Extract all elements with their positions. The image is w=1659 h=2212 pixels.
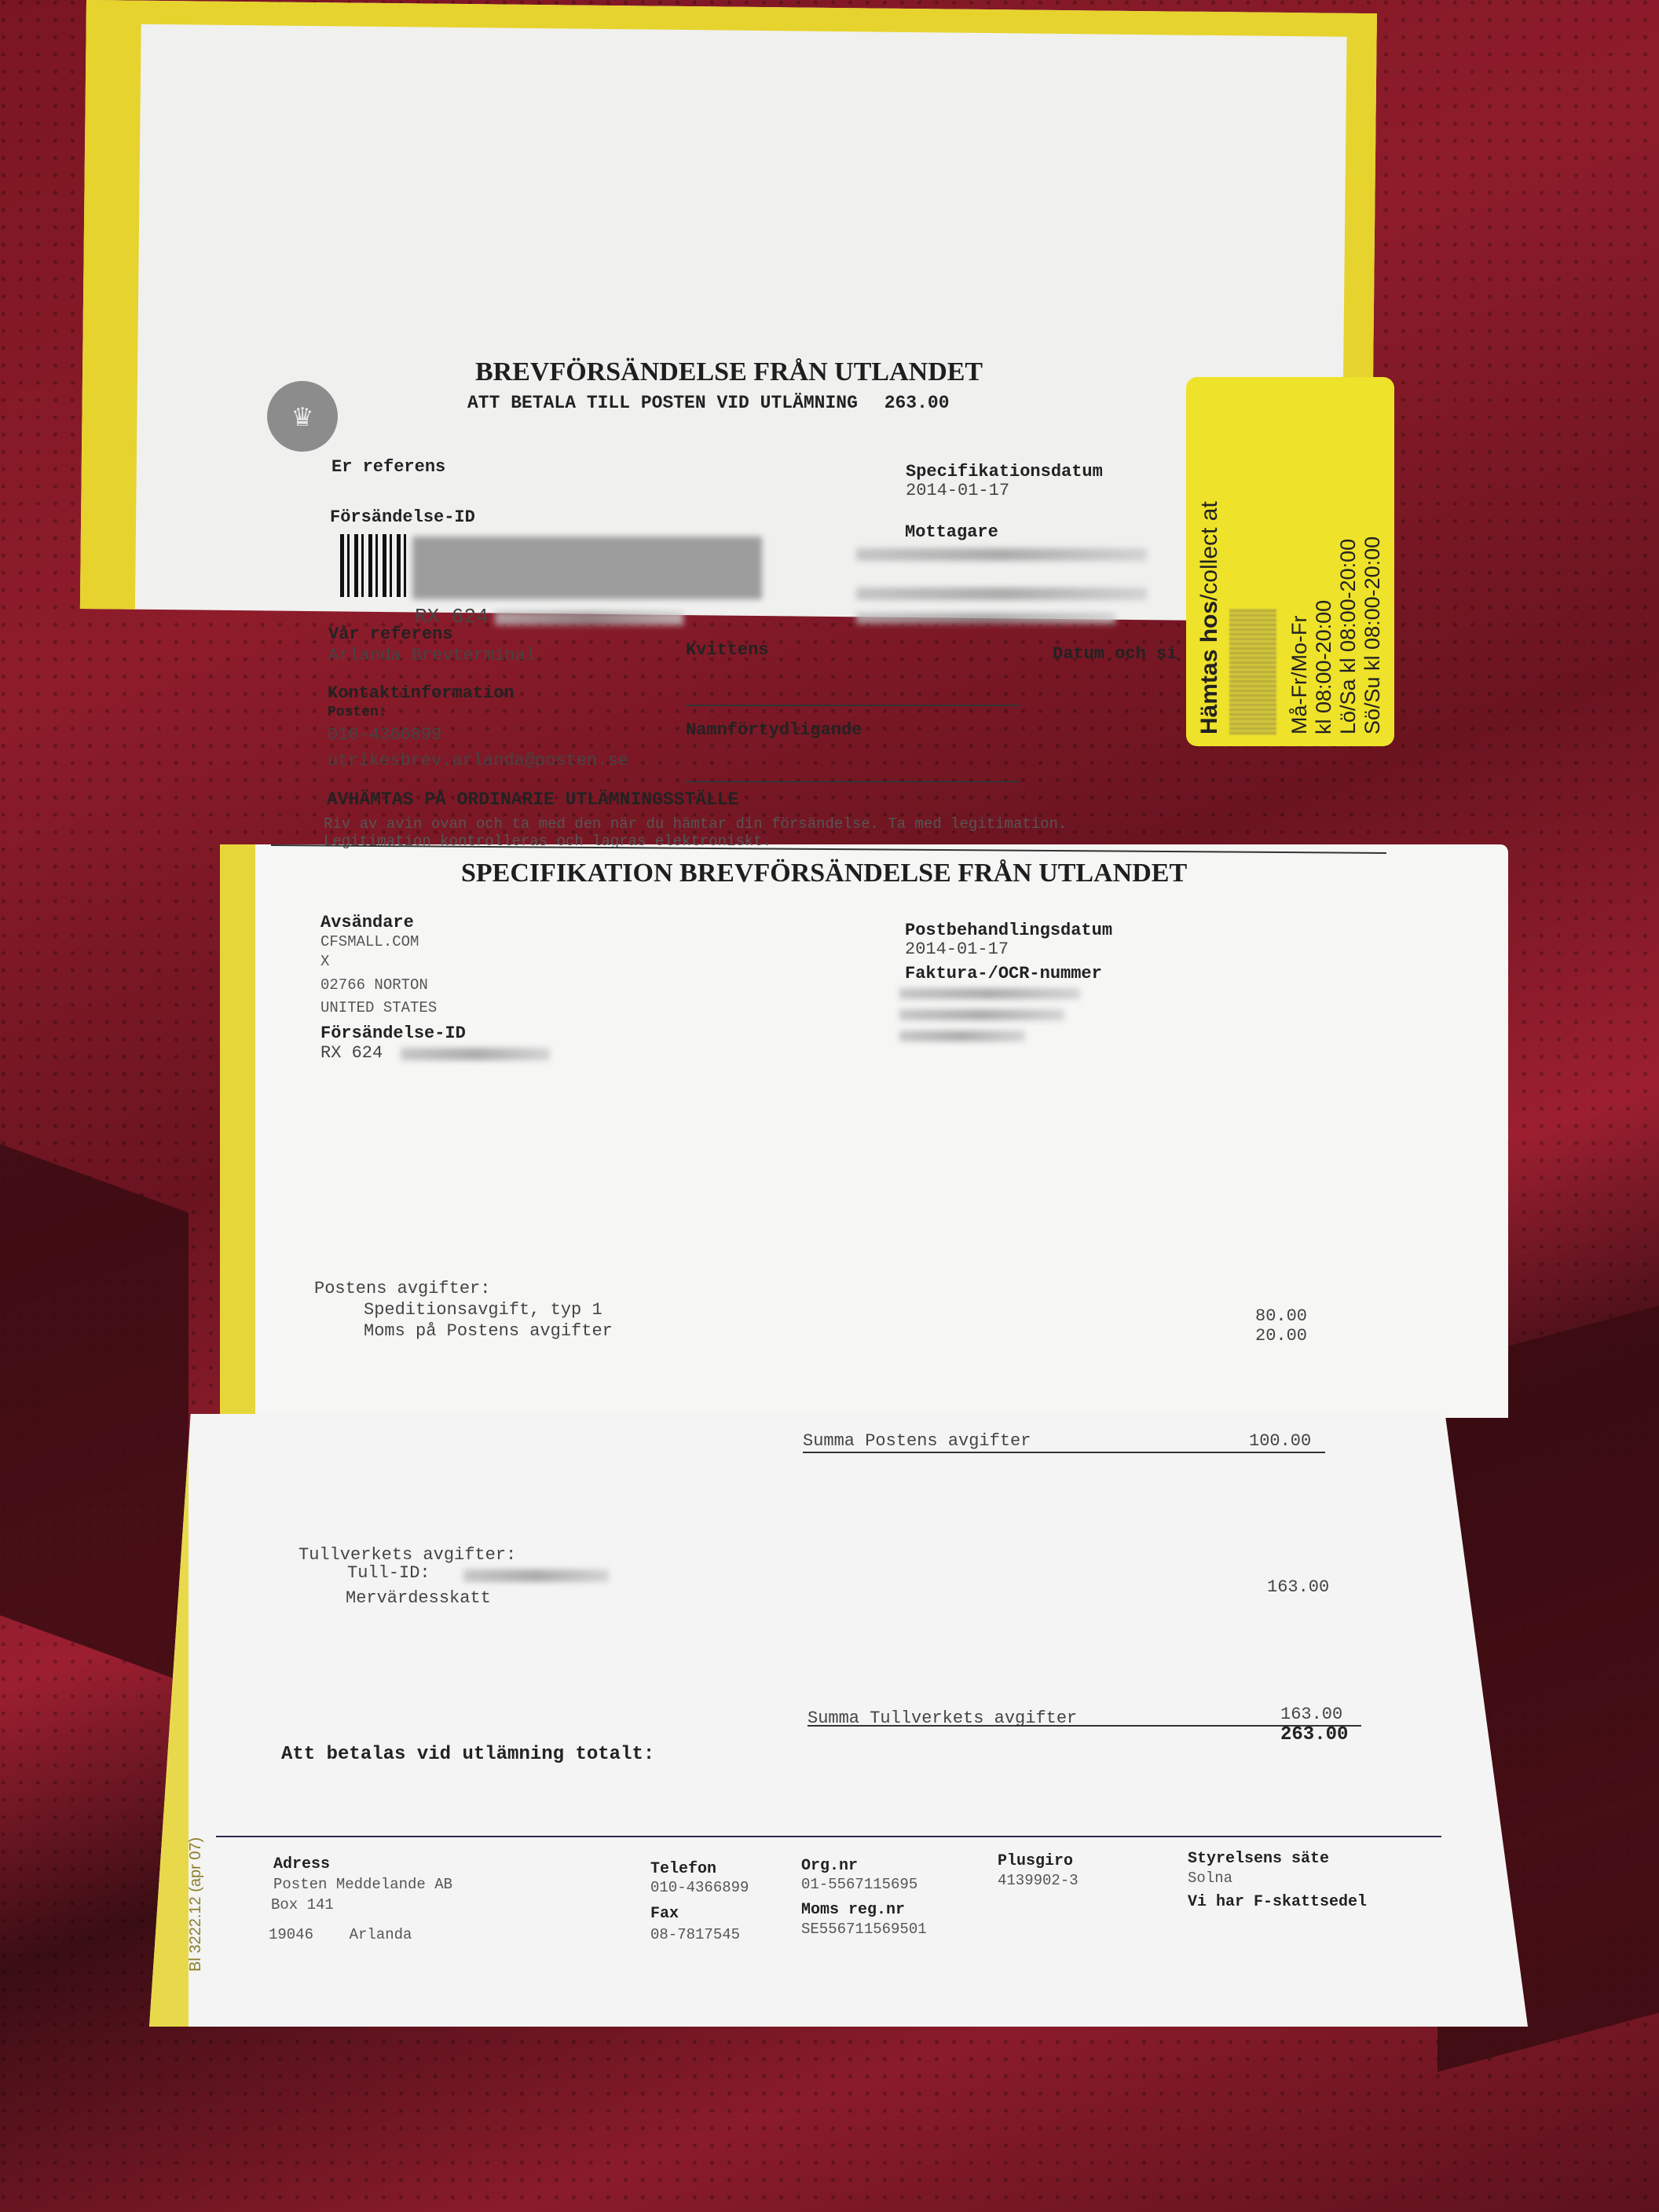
redacted-barcode	[412, 537, 762, 599]
sticker-hours-1: kl 08:00-20:00	[1312, 389, 1336, 734]
plusgiro-label: Plusgiro	[998, 1852, 1073, 1870]
adress-line-1: Box 141	[271, 1896, 334, 1914]
postens-heading: Postens avgifter:	[314, 1279, 490, 1298]
sender-line-2: 02766 NORTON	[320, 976, 428, 994]
sticker-hours-3: Sö/Su kl 08:00-20:00	[1361, 389, 1385, 734]
contact-phone: 010-4366899	[328, 725, 441, 745]
avsandare-label: Avsändare	[320, 913, 414, 932]
orgnr-value: 01-5567115695	[801, 1876, 917, 1893]
tull-item-amount: 163.00	[1267, 1577, 1329, 1597]
pay-line: ATT BETALA TILL POSTEN VID UTLÄMNING 263…	[467, 393, 950, 413]
redacted-recipient-3	[856, 613, 1115, 624]
postens-sum: 100.00	[1249, 1431, 1311, 1451]
postens-sum-label: Summa Postens avgifter	[803, 1431, 1031, 1451]
adress-label: Adress	[273, 1855, 330, 1873]
telefon-label: Telefon	[650, 1860, 716, 1878]
moms-label: Moms reg.nr	[801, 1901, 905, 1919]
postbeh-label: Postbehandlingsdatum	[905, 921, 1112, 940]
spec-datum: 2014-01-17	[906, 481, 1009, 500]
redacted-spec-id	[401, 1048, 550, 1060]
tull-sum-underline	[808, 1725, 1361, 1727]
sate-value: Solna	[1188, 1870, 1232, 1887]
posten-label: Posten:	[328, 705, 387, 720]
collect-at-sticker: Hämtas hos/collect at Må-Fr/Mo-Fr kl 08:…	[1186, 377, 1394, 746]
telefon-value: 010-4366899	[650, 1879, 749, 1896]
sticker-heading: Hämtas hos/collect at	[1196, 389, 1223, 734]
sticker-content: Hämtas hos/collect at Må-Fr/Mo-Fr kl 08:…	[1196, 389, 1385, 734]
avi-sheet	[80, 0, 1377, 622]
redacted-ocr-2	[899, 1009, 1064, 1020]
postens-item-1-label: Moms på Postens avgifter	[364, 1321, 613, 1341]
redacted-location	[1229, 609, 1276, 734]
spec-forsandelse-id-label: Försändelse-ID	[320, 1024, 466, 1043]
redacted-id	[495, 611, 683, 625]
signature-line	[686, 705, 1020, 706]
plusgiro-value: 4139902-3	[998, 1872, 1079, 1889]
sender-line-0: CFSMALL.COM	[320, 933, 419, 950]
redacted-tull-id	[463, 1569, 609, 1582]
er-referens-label: Er referens	[331, 457, 445, 477]
total-label: Att betalas vid utlämning totalt:	[281, 1744, 654, 1765]
redacted-recipient-1	[856, 548, 1147, 561]
tull-id-label: Tull-ID:	[347, 1563, 430, 1583]
contact-email[interactable]: utrikesbrev.arlanda@posten.se	[328, 751, 628, 771]
fax-label: Fax	[650, 1905, 679, 1923]
total-amount: 263.00	[1280, 1724, 1348, 1745]
fskatt-text: Vi har F-skattsedel	[1188, 1893, 1367, 1911]
spec-forsandelse-id: RX 624	[320, 1043, 383, 1063]
moms-value: SE556711569501	[801, 1921, 927, 1938]
pay-line-label: ATT BETALA TILL POSTEN VID UTLÄMNING	[467, 393, 858, 413]
postens-sum-underline	[803, 1452, 1325, 1453]
forsandelse-id-label: Försändelse-ID	[330, 507, 475, 527]
form-code: Bl 3222.12 (apr 07)	[187, 1837, 205, 1972]
orgnr-label: Org.nr	[801, 1857, 858, 1875]
sticker-heading-rest: /collect at	[1196, 501, 1222, 601]
adress-line-0: Posten Meddelande AB	[273, 1876, 452, 1893]
postbeh-datum: 2014-01-17	[905, 939, 1009, 959]
datum-signature-label: Datum och si	[1053, 644, 1177, 664]
pickup-heading: AVHÄMTAS PÅ ORDINARIE UTLÄMNINGSSTÄLLE	[327, 789, 739, 810]
name-line	[686, 781, 1020, 782]
shipment-barcode	[340, 534, 411, 597]
pickup-text-1: Riv av avin ovan och ta med den när du h…	[324, 815, 1067, 833]
redacted-recipient-2	[856, 588, 1147, 600]
postens-item-0-label: Speditionsavgift, typ 1	[364, 1300, 602, 1320]
postens-item-1-amount: 20.00	[1255, 1326, 1307, 1346]
postens-item-0-amount: 80.00	[1255, 1306, 1307, 1326]
sate-label: Styrelsens säte	[1188, 1850, 1329, 1868]
spec-datum-label: Specifikationsdatum	[906, 462, 1103, 482]
blanket-shadow-left	[0, 1144, 189, 1683]
tull-item-label: Mervärdesskatt	[346, 1588, 491, 1608]
tull-sum: 163.00	[1280, 1705, 1342, 1724]
sticker-hours-0: Må-Fr/Mo-Fr	[1287, 389, 1312, 734]
fax-value: 08-7817545	[650, 1926, 740, 1943]
adress-line-2: 19046 Arlanda	[269, 1926, 412, 1943]
sender-line-1: X	[320, 953, 329, 970]
footer-divider	[216, 1836, 1441, 1837]
posten-logo-icon: ♛	[267, 381, 338, 452]
var-referens-label: Vår referens	[328, 624, 452, 644]
avi-title: BREVFÖRSÄNDELSE FRÅN UTLANDET	[475, 357, 983, 387]
spec-title: SPECIFIKATION BREVFÖRSÄNDELSE FRÅN UTLAN…	[461, 859, 1187, 888]
sticker-heading-bold: Hämtas hos	[1196, 601, 1222, 734]
faktura-label: Faktura-/OCR-nummer	[905, 964, 1102, 983]
mottagare-label: Mottagare	[905, 522, 998, 542]
redacted-ocr-3	[899, 1031, 1025, 1042]
redacted-ocr-1	[899, 988, 1080, 999]
sticker-hours-2: Lö/Sa kl 08:00-20:00	[1336, 389, 1361, 734]
tull-heading: Tullverkets avgifter:	[298, 1545, 516, 1565]
sender-line-3: UNITED STATES	[320, 999, 437, 1016]
pay-amount: 263.00	[884, 393, 950, 413]
var-referens: Arlanda Brevterminal	[328, 646, 536, 665]
kvittens-label: Kvittens	[686, 640, 769, 660]
namn-label: Namnförtydligande	[686, 720, 862, 740]
kontakt-label: Kontaktinformation	[328, 683, 515, 703]
